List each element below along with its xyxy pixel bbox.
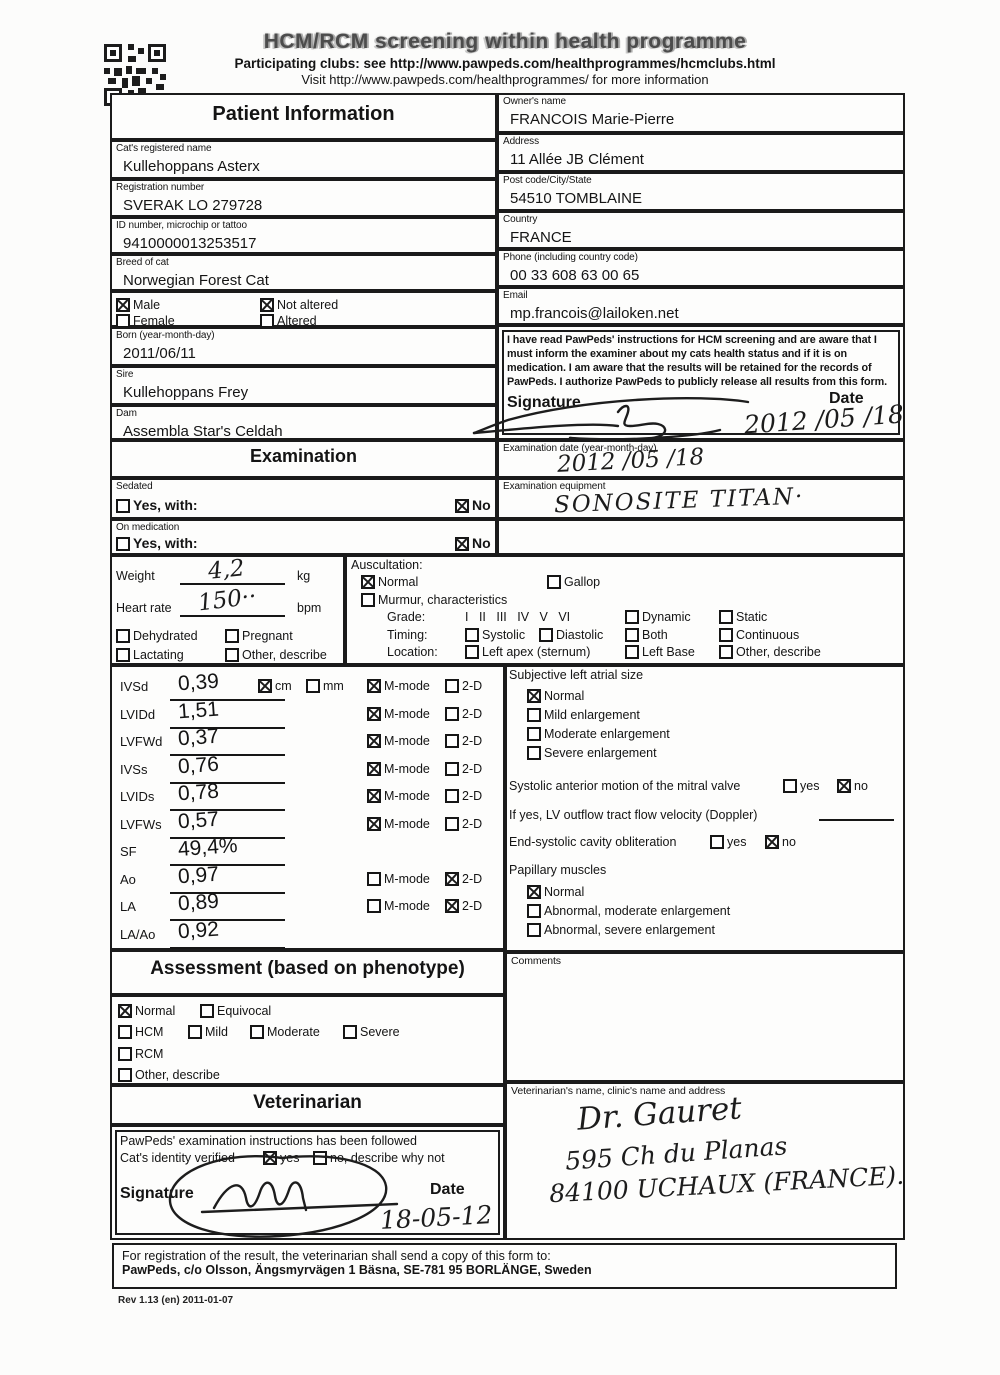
- vet-signature: [162, 1148, 432, 1243]
- lvids-label: LVIDs: [120, 789, 154, 804]
- dam-cell: Dam Assembla Star's Celdah: [110, 405, 497, 440]
- sedated-no-checkbox[interactable]: [455, 499, 469, 513]
- equipment-empty-cell: [497, 519, 905, 555]
- atrial-mild-label: Mild enlargement: [544, 708, 640, 722]
- assessment-rcm-label: RCM: [135, 1047, 163, 1061]
- measurement-row: IVSs 0,76 M-mode 2-D: [112, 758, 503, 785]
- sam-label: Systolic anterior motion of the mitral v…: [509, 779, 740, 793]
- sedated-cell: Sedated Yes, with: No: [110, 478, 497, 519]
- laao-value: 0,92: [177, 918, 219, 945]
- la-value: 0,89: [177, 890, 219, 917]
- not-altered-checkbox[interactable]: [260, 298, 274, 312]
- measurements-cell: IVSd 0,39 cm mm M-mode 2-D LVIDd 1,51 M-…: [110, 665, 505, 950]
- lvfwd-2d-checkbox[interactable]: [445, 734, 459, 748]
- veterinarian-header-cell: Veterinarian: [110, 1085, 505, 1125]
- examination-date-cell: Examination date (year-month-day) 2012 /…: [497, 440, 905, 478]
- assessment-other-checkbox[interactable]: [118, 1068, 132, 1082]
- atrial-mild-checkbox[interactable]: [527, 708, 541, 722]
- left-base-checkbox[interactable]: [625, 645, 639, 659]
- ivsd-value: 0,39: [177, 670, 219, 697]
- male-checkbox[interactable]: [116, 298, 130, 312]
- twod-label: 2-D: [462, 899, 482, 913]
- mmode-label: M-mode: [384, 789, 430, 803]
- sedated-label: Sedated: [116, 481, 491, 493]
- footer-line1: For registration of the result, the vete…: [122, 1249, 887, 1263]
- vet-date-label: Date: [430, 1181, 465, 1199]
- mmode-label: M-mode: [384, 707, 430, 721]
- address-value: 11 Allée JB Clément: [510, 151, 899, 168]
- la-line: 0,89: [170, 895, 285, 921]
- comments-label: Comments: [511, 955, 899, 967]
- mmode-label: M-mode: [384, 762, 430, 776]
- sedated-yes-label: Yes, with:: [133, 497, 198, 513]
- id-number-label: ID number, microchip or tattoo: [116, 220, 491, 232]
- address-cell: Address 11 Allée JB Clément: [497, 133, 905, 172]
- revision-note: Rev 1.13 (en) 2011-01-07: [118, 1295, 233, 1306]
- weight-line: 4,2: [180, 565, 285, 585]
- altered-checkbox[interactable]: [260, 314, 274, 328]
- lvfwd-mmode-checkbox[interactable]: [367, 734, 381, 748]
- pregnant-label: Pregnant: [242, 629, 293, 643]
- patient-information-title: Patient Information: [116, 103, 491, 125]
- postcode-cell: Post code/City/State 54510 TOMBLAINE: [497, 172, 905, 211]
- assessment-mild-checkbox[interactable]: [188, 1025, 202, 1039]
- esco-no-checkbox[interactable]: [765, 835, 779, 849]
- email-value: mp.francois@lailoken.net: [510, 305, 899, 322]
- murmur-checkbox[interactable]: [361, 593, 375, 607]
- altered-label: Altered: [277, 314, 317, 328]
- atrial-moderate-label: Moderate enlargement: [544, 727, 670, 741]
- measurement-row: Ao 0,97 M-mode 2-D: [112, 868, 503, 895]
- auscultation-other-checkbox[interactable]: [719, 645, 733, 659]
- papillary-moderate-label: Abnormal, moderate enlargement: [544, 904, 730, 918]
- assessment-hcm-label: HCM: [135, 1025, 163, 1039]
- participating-clubs-line: Participating clubs: see http://www.pawp…: [110, 56, 900, 71]
- lvidd-value: 1,51: [177, 698, 219, 725]
- unit-cm-checkbox[interactable]: [258, 679, 272, 693]
- left-apex-label: Left apex (sternum): [482, 645, 590, 659]
- breed-label: Breed of cat: [116, 257, 491, 269]
- sire-cell: Sire Kullehoppans Frey: [110, 366, 497, 405]
- heart-rate-value: 150··: [197, 584, 258, 617]
- assessment-header-cell: Assessment (based on phenotype): [110, 950, 505, 995]
- registration-number-label: Registration number: [116, 182, 491, 194]
- lvot-blank-line: [819, 805, 894, 821]
- lvids-value: 0,78: [177, 780, 219, 807]
- assessment-equivocal-label: Equivocal: [217, 1004, 271, 1018]
- grade-label: Grade:: [387, 610, 425, 624]
- patient-information-header-cell: Patient Information: [110, 93, 497, 140]
- lvidd-line: 1,51: [170, 703, 285, 729]
- owner-date-value: 2012 /05 /18: [743, 399, 905, 439]
- twod-label: 2-D: [462, 734, 482, 748]
- auscultation-normal-checkbox[interactable]: [361, 575, 375, 589]
- sex-cell: Male Not altered Female Altered: [110, 291, 497, 327]
- assessment-title: Assessment (based on phenotype): [116, 959, 499, 980]
- measurement-row: LVIDd 1,51 M-mode 2-D: [112, 703, 503, 730]
- ivss-2d-checkbox[interactable]: [445, 762, 459, 776]
- auscultation-label: Auscultation:: [351, 558, 423, 572]
- phone-cell: Phone (including country code) 00 33 608…: [497, 249, 905, 287]
- assessment-normal-checkbox[interactable]: [118, 1004, 132, 1018]
- continuous-label: Continuous: [736, 628, 799, 642]
- not-altered-label: Not altered: [277, 298, 338, 312]
- measurement-row: LA/Ao 0,92: [112, 923, 503, 950]
- address-label: Address: [503, 136, 899, 148]
- assessment-moderate-label: Moderate: [267, 1025, 320, 1039]
- lvfws-value: 0,57: [177, 808, 219, 835]
- mmode-label: M-mode: [384, 817, 430, 831]
- female-checkbox[interactable]: [116, 314, 130, 328]
- la-label: LA: [120, 899, 136, 914]
- mmode-label: M-mode: [384, 679, 430, 693]
- assessment-moderate-checkbox[interactable]: [250, 1025, 264, 1039]
- born-cell: Born (year-month-day) 2011/06/11: [110, 327, 497, 366]
- lvidd-mmode-checkbox[interactable]: [367, 707, 381, 721]
- male-label: Male: [133, 298, 160, 312]
- assessment-normal-label: Normal: [135, 1004, 175, 1018]
- id-number-value: 9410000013253517: [123, 235, 491, 252]
- measurement-row: SF 49,4%: [112, 840, 503, 867]
- sam-yes-label: yes: [800, 779, 819, 793]
- heart-rate-label: Heart rate: [116, 601, 172, 615]
- medication-yes-checkbox[interactable]: [116, 537, 130, 551]
- murmur-label: Murmur, characteristics: [378, 593, 507, 607]
- dehydrated-checkbox[interactable]: [116, 629, 130, 643]
- owner-signature: [468, 388, 753, 444]
- sf-label: SF: [120, 844, 137, 859]
- papillary-normal-checkbox[interactable]: [527, 885, 541, 899]
- atrial-severe-label: Severe enlargement: [544, 746, 657, 760]
- examination-equipment-cell: Examination equipment SONOSITE TITAN·: [497, 478, 905, 519]
- country-value: FRANCE: [510, 229, 899, 246]
- country-cell: Country FRANCE: [497, 211, 905, 249]
- lvidd-label: LVIDd: [120, 707, 155, 722]
- id-number-cell: ID number, microchip or tattoo 941000001…: [110, 217, 497, 254]
- breed-cell: Breed of cat Norwegian Forest Cat: [110, 254, 497, 291]
- medication-no-label: No: [472, 535, 491, 551]
- diastolic-checkbox[interactable]: [539, 628, 553, 642]
- born-label: Born (year-month-day): [116, 330, 491, 342]
- cat-name-cell: Cat's registered name Kullehoppans Aster…: [110, 140, 497, 179]
- condition-other-checkbox[interactable]: [225, 648, 239, 662]
- ivsd-mmode-checkbox[interactable]: [367, 679, 381, 693]
- assessment-severe-label: Severe: [360, 1025, 400, 1039]
- measurement-row: LA 0,89 M-mode 2-D: [112, 895, 503, 922]
- scanned-form-page: HCM/RCM screening within health programm…: [0, 0, 1000, 1375]
- ivss-value: 0,76: [177, 753, 219, 780]
- visit-info-line: Visit http://www.pawpeds.com/healthprogr…: [110, 72, 900, 87]
- email-label: Email: [503, 290, 899, 302]
- sf-line: 49,4%: [170, 840, 285, 866]
- atrial-severe-checkbox[interactable]: [527, 746, 541, 760]
- lvids-line: 0,78: [170, 785, 285, 811]
- auscultation-cell: Auscultation: Normal Gallop Murmur, char…: [345, 555, 905, 665]
- sam-no-checkbox[interactable]: [837, 779, 851, 793]
- static-label: Static: [736, 610, 767, 624]
- measurement-row: LVFWd 0,37 M-mode 2-D: [112, 730, 503, 757]
- weight-label: Weight: [116, 569, 155, 583]
- vet-name-cell: Veterinarian's name, clinic's name and a…: [505, 1082, 905, 1240]
- la-2d-checkbox[interactable]: [445, 899, 459, 913]
- systolic-checkbox[interactable]: [465, 628, 479, 642]
- measurement-row: IVSd 0,39 cm mm M-mode 2-D: [112, 675, 503, 702]
- ivsd-2d-checkbox[interactable]: [445, 679, 459, 693]
- assessment-mild-label: Mild: [205, 1025, 228, 1039]
- registration-number-cell: Registration number SVERAK LO 279728: [110, 179, 497, 217]
- grade-scale: I II III IV V VI: [465, 610, 570, 624]
- papillary-severe-checkbox[interactable]: [527, 923, 541, 937]
- unit-mm-label: mm: [323, 679, 344, 693]
- lvot-label: If yes, LV outflow tract flow velocity (…: [509, 808, 757, 822]
- assessment-severe-checkbox[interactable]: [343, 1025, 357, 1039]
- continuous-checkbox[interactable]: [719, 628, 733, 642]
- dehydrated-label: Dehydrated: [133, 629, 198, 643]
- papillary-normal-label: Normal: [544, 885, 584, 899]
- dam-label: Dam: [116, 408, 491, 420]
- both-checkbox[interactable]: [625, 628, 639, 642]
- examination-title: Examination: [116, 447, 491, 467]
- atrial-normal-label: Normal: [544, 689, 584, 703]
- lvids-mmode-checkbox[interactable]: [367, 789, 381, 803]
- owner-name-value: FRANCOIS Marie-Pierre: [510, 111, 899, 128]
- unit-mm-checkbox[interactable]: [306, 679, 320, 693]
- owner-name-label: Owner's name: [503, 96, 899, 108]
- papillary-moderate-checkbox[interactable]: [527, 904, 541, 918]
- ao-mmode-checkbox[interactable]: [367, 872, 381, 886]
- twod-label: 2-D: [462, 872, 482, 886]
- subjective-cell: Subjective left atrial size Normal Mild …: [505, 665, 905, 952]
- ao-2d-checkbox[interactable]: [445, 872, 459, 886]
- mmode-label: M-mode: [384, 734, 430, 748]
- sam-yes-checkbox[interactable]: [783, 779, 797, 793]
- country-label: Country: [503, 214, 899, 226]
- examination-header-cell: Examination: [110, 440, 497, 478]
- weight-unit: kg: [297, 569, 310, 583]
- assessment-rcm-checkbox[interactable]: [118, 1047, 132, 1061]
- twod-label: 2-D: [462, 762, 482, 776]
- esco-yes-label: yes: [727, 835, 746, 849]
- sedated-no-label: No: [472, 497, 491, 513]
- medication-cell: On medication Yes, with: No: [110, 519, 497, 555]
- lvfwd-value: 0,37: [177, 725, 219, 752]
- medication-no-checkbox[interactable]: [455, 537, 469, 551]
- measurement-row: LVFWs 0,57 M-mode 2-D: [112, 813, 503, 840]
- ao-label: Ao: [120, 872, 136, 887]
- left-base-label: Left Base: [642, 645, 695, 659]
- pregnant-checkbox[interactable]: [225, 629, 239, 643]
- declaration-text: I have read PawPeds' instructions for HC…: [507, 333, 895, 389]
- atrial-normal-checkbox[interactable]: [527, 689, 541, 703]
- ivsd-label: IVSd: [120, 679, 148, 694]
- both-label: Both: [642, 628, 668, 642]
- atrial-moderate-checkbox[interactable]: [527, 727, 541, 741]
- assessment-other-label: Other, describe: [135, 1068, 220, 1082]
- heart-rate-unit: bpm: [297, 601, 321, 615]
- medication-label: On medication: [116, 522, 491, 534]
- condition-other-label: Other, describe: [242, 648, 327, 662]
- lvidd-2d-checkbox[interactable]: [445, 707, 459, 721]
- ao-line: 0,97: [170, 868, 285, 894]
- assessment-body-cell: Normal Equivocal HCM Mild Moderate Sever…: [110, 995, 505, 1085]
- lvids-2d-checkbox[interactable]: [445, 789, 459, 803]
- sf-value: 49,4%: [177, 834, 238, 862]
- sire-label: Sire: [116, 369, 491, 381]
- female-label: Female: [133, 314, 175, 328]
- static-checkbox[interactable]: [719, 610, 733, 624]
- comments-cell: Comments: [505, 952, 905, 1082]
- gallop-checkbox[interactable]: [547, 575, 561, 589]
- laao-label: LA/Ao: [120, 927, 155, 942]
- heart-rate-line: 150··: [180, 597, 285, 617]
- papillary-title: Papillary muscles: [509, 863, 606, 877]
- weight-value: 4,2: [207, 555, 246, 585]
- diastolic-label: Diastolic: [556, 628, 603, 642]
- lactating-label: Lactating: [133, 648, 184, 662]
- location-label: Location:: [387, 645, 438, 659]
- ivss-line: 0,76: [170, 758, 285, 784]
- lvfws-2d-checkbox[interactable]: [445, 817, 459, 831]
- unit-cm-label: cm: [275, 679, 292, 693]
- twod-label: 2-D: [462, 679, 482, 693]
- postcode-label: Post code/City/State: [503, 175, 899, 187]
- timing-label: Timing:: [387, 628, 428, 642]
- sedated-yes-checkbox[interactable]: [116, 499, 130, 513]
- la-mmode-checkbox[interactable]: [367, 899, 381, 913]
- ao-value: 0,97: [177, 863, 219, 890]
- lactating-checkbox[interactable]: [116, 648, 130, 662]
- gallop-label: Gallop: [564, 575, 600, 589]
- footer-line2: PawPeds, c/o Olsson, Ängsmyrvägen 1 Bäsn…: [122, 1263, 887, 1277]
- systolic-label: Systolic: [482, 628, 525, 642]
- form-title: HCM/RCM screening within health programm…: [110, 30, 900, 54]
- vet-name-line1: Dr. Gauret: [576, 1090, 743, 1137]
- cat-name-label: Cat's registered name: [116, 143, 491, 155]
- veterinarian-title: Veterinarian: [116, 1093, 499, 1114]
- dynamic-checkbox[interactable]: [625, 610, 639, 624]
- ivss-mmode-checkbox[interactable]: [367, 762, 381, 776]
- mmode-label: M-mode: [384, 872, 430, 886]
- phone-value: 00 33 608 63 00 65: [510, 267, 899, 284]
- breed-value: Norwegian Forest Cat: [123, 272, 491, 289]
- assessment-equivocal-checkbox[interactable]: [200, 1004, 214, 1018]
- medication-yes-label: Yes, with:: [133, 535, 198, 551]
- sam-no-label: no: [854, 779, 868, 793]
- footer-box: For registration of the result, the vete…: [112, 1243, 897, 1289]
- assessment-hcm-checkbox[interactable]: [118, 1025, 132, 1039]
- sire-value: Kullehoppans Frey: [123, 384, 491, 401]
- lvfws-label: LVFWs: [120, 817, 162, 832]
- owner-name-cell: Owner's name FRANCOIS Marie-Pierre: [497, 93, 905, 133]
- cat-name-value: Kullehoppans Asterx: [123, 158, 491, 175]
- laao-line: 0,92: [170, 923, 285, 949]
- weight-cell: Weight 4,2 kg Heart rate 150·· bpm Dehyd…: [110, 555, 345, 665]
- vet-instructions-line: PawPeds' examination instructions has be…: [120, 1134, 417, 1148]
- auscultation-other-label: Other, describe: [736, 645, 821, 659]
- dynamic-label: Dynamic: [642, 610, 691, 624]
- measurement-row: LVIDs 0,78 M-mode 2-D: [112, 785, 503, 812]
- ivss-label: IVSs: [120, 762, 147, 777]
- twod-label: 2-D: [462, 789, 482, 803]
- registration-number-value: SVERAK LO 279728: [123, 197, 491, 214]
- twod-label: 2-D: [462, 707, 482, 721]
- esco-yes-checkbox[interactable]: [710, 835, 724, 849]
- dam-value: Assembla Star's Celdah: [123, 423, 491, 440]
- auscultation-normal-label: Normal: [378, 575, 418, 589]
- mmode-label: M-mode: [384, 899, 430, 913]
- phone-label: Phone (including country code): [503, 252, 899, 264]
- lvfws-mmode-checkbox[interactable]: [367, 817, 381, 831]
- email-cell: Email mp.francois@lailoken.net: [497, 287, 905, 325]
- left-apex-checkbox[interactable]: [465, 645, 479, 659]
- esco-label: End-systolic cavity obliteration: [509, 835, 676, 849]
- postcode-value: 54510 TOMBLAINE: [510, 190, 899, 207]
- atrial-size-title: Subjective left atrial size: [509, 668, 643, 682]
- born-value: 2011/06/11: [123, 345, 491, 362]
- lvfwd-line: 0,37: [170, 730, 285, 756]
- twod-label: 2-D: [462, 817, 482, 831]
- papillary-severe-label: Abnormal, severe enlargement: [544, 923, 715, 937]
- esco-no-label: no: [782, 835, 796, 849]
- lvfwd-label: LVFWd: [120, 734, 162, 749]
